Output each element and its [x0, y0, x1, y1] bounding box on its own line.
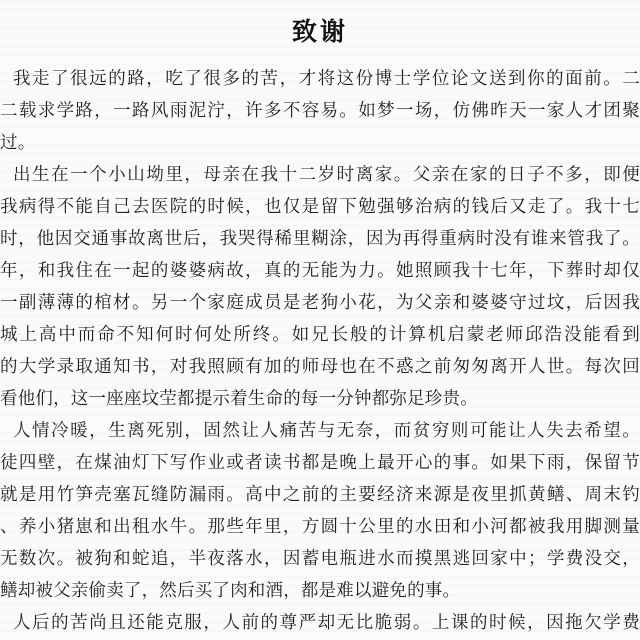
text-line: 无数次。被狗和蛇追，半夜落水，因蓄电瓶进水而摸黑逃回家中；学费没交，: [0, 542, 640, 574]
text-line: 、养小猪崽和出租水牛。那些年里，方圆十公里的水田和小河都被我用脚测量: [0, 510, 640, 542]
text-line: 一副薄薄的棺材。另一个家庭成员是老狗小花，为父亲和婆婆守过坟，后因我: [0, 286, 640, 318]
text-line: 过。: [0, 126, 640, 158]
page-title: 致谢: [0, 0, 640, 50]
text-line: 二载求学路，一路风雨泥泞，许多不容易。如梦一场，仿佛昨天一家人才团聚: [0, 94, 640, 126]
text-line: 人后的苦尚且还能克服，人前的尊严却无比脆弱。上课的时候，因拖欠学费: [0, 606, 640, 638]
text-line: 看他们，这一座座坟茔都提示着生命的每一分钟都弥足珍贵。: [0, 382, 640, 414]
text-line: 人情冷暖，生离死别，固然让人痛苦与无奈，而贫穷则可能让人失去希望。: [0, 414, 640, 446]
document-body: 我走了很远的路，吃了很多的苦，才将这份博士学位论文送到你的面前。二二载求学路，一…: [0, 62, 640, 638]
acknowledgment-page: 致谢 我走了很远的路，吃了很多的苦，才将这份博士学位论文送到你的面前。二二载求学…: [0, 0, 640, 640]
text-line: 年，和我住在一起的婆婆病故，真的无能为力。她照顾我十七年，下葬时却仅: [0, 254, 640, 286]
text-line: 鳝却被父亲偷卖了，然后买了肉和酒，都是难以避免的事。: [0, 574, 640, 606]
text-line: 徒四壁，在煤油灯下写作业或者读书都是晚上最开心的事。如果下雨，保留节: [0, 446, 640, 478]
text-line: 就是用竹笋壳塞瓦缝防漏雨。高中之前的主要经济来源是夜里抓黄鳝、周末钓: [0, 478, 640, 510]
text-line: 城上高中而命不知何时何处所终。如兄长般的计算机启蒙老师邱浩没能看到: [0, 318, 640, 350]
text-line: 的大学录取通知书，对我照顾有加的师母也在不惑之前匆匆离开人世。每次回: [0, 350, 640, 382]
text-line: 我走了很远的路，吃了很多的苦，才将这份博士学位论文送到你的面前。二: [0, 62, 640, 94]
text-line: 时，他因交通事故离世后，我哭得稀里糊涂，因为再得重病时没有谁来管我了。: [0, 222, 640, 254]
text-line: 我病得不能自己去医院的时候，也仅是留下勉强够治病的钱后又走了。我十七: [0, 190, 640, 222]
text-line: 出生在一个小山坳里，母亲在我十二岁时离家。父亲在家的日子不多，即便: [0, 158, 640, 190]
